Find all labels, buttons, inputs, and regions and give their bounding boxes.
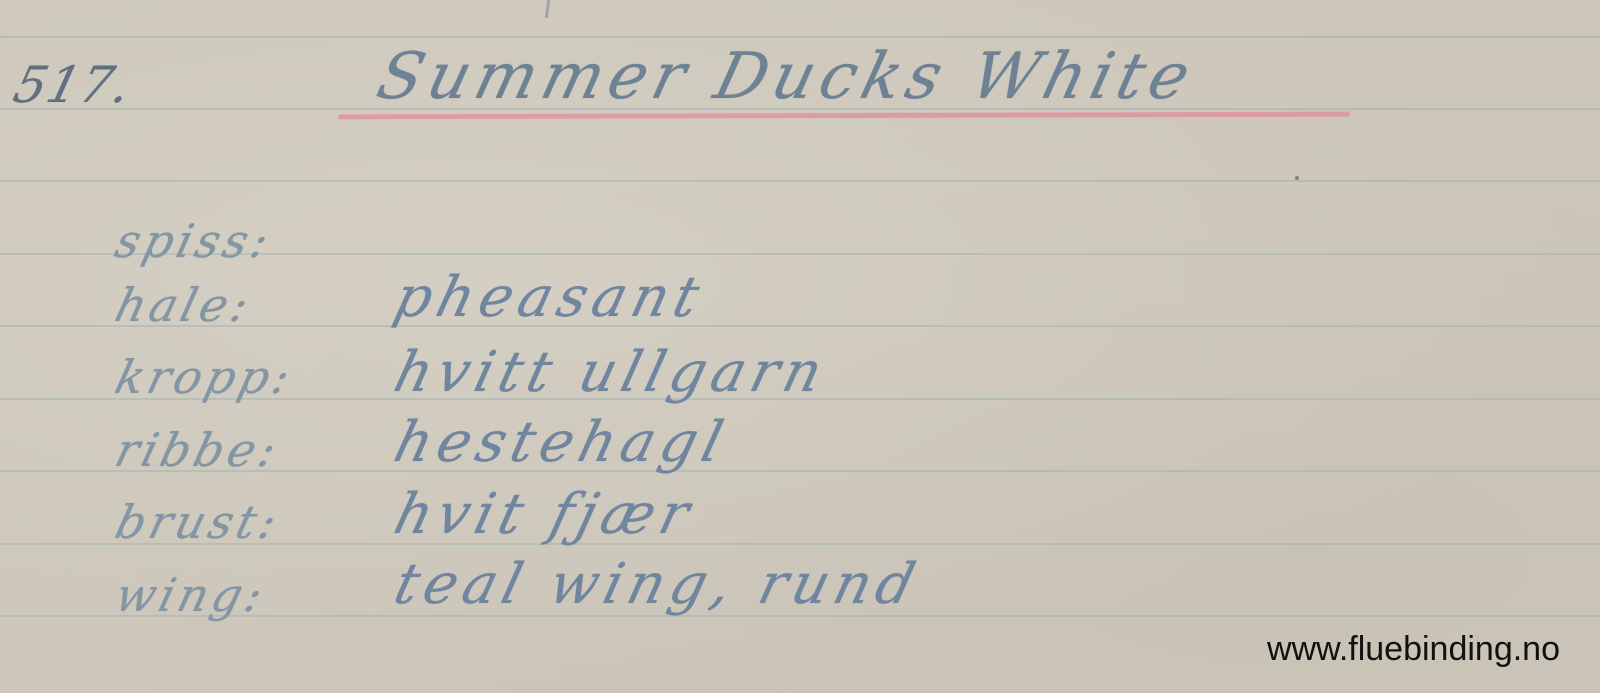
recipe-label: brust: xyxy=(110,495,286,549)
notebook-page: 517. Summer Ducks White spiss: hale: phe… xyxy=(0,0,1600,693)
recipe-value: pheasant xyxy=(388,265,711,330)
recipe-value: hestehagl xyxy=(388,410,735,475)
recipe-label: hale: xyxy=(110,278,258,332)
ruled-line xyxy=(0,36,1600,38)
recipe-title: Summer Ducks White xyxy=(370,40,1203,114)
entry-number: 517. xyxy=(8,56,138,114)
recipe-label: kropp: xyxy=(110,350,299,404)
website-watermark: www.fluebinding.no xyxy=(1267,630,1560,669)
recipe-value: teal wing, rund xyxy=(388,552,927,617)
recipe-value: hvit fjær xyxy=(388,482,702,547)
paper-speck xyxy=(1295,176,1299,180)
ruled-line xyxy=(0,180,1600,182)
recipe-label: spiss: xyxy=(110,214,278,268)
recipe-value: hvitt ullgarn xyxy=(388,340,835,405)
recipe-label: wing: xyxy=(110,568,272,622)
recipe-label: ribbe: xyxy=(110,423,286,477)
ink-stroke-fragment xyxy=(545,0,550,18)
